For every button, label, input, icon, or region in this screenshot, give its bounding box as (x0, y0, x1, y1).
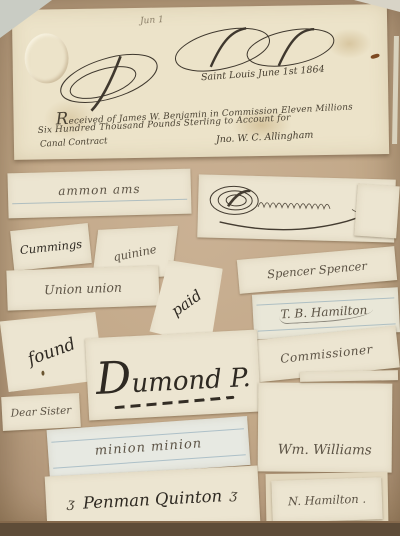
specimen-slip-dumond: Dumond P. (85, 330, 261, 421)
specimen-slip-n-hamilton: N. Hamilton . (271, 477, 382, 523)
specimen-slip-williams: Wm. Williams (258, 382, 393, 472)
specimen-text: found (25, 334, 78, 370)
specimen-slip-spencer: Spencer Spencer (237, 246, 397, 294)
receipt-specimen: Jun 1 Saint Louis June 1st 1864 Received… (12, 4, 389, 160)
ruled-line (53, 454, 246, 468)
specimen-text: Spencer Spencer (267, 259, 368, 282)
specimen-text: N. Hamilton . (288, 492, 366, 509)
specimen-slip-dear-sister: Dear Sister (1, 393, 81, 431)
specimen-text: paid (167, 286, 204, 320)
specimen-text: minion minion (94, 436, 202, 458)
ruled-line (12, 199, 187, 205)
pencil-annotation: Jun 1 (140, 15, 164, 27)
right-flourish: ʒ (229, 487, 238, 503)
specimen-text: Commissioner (280, 342, 374, 366)
specimen-text: Dear Sister (10, 404, 71, 419)
receipt-signature: Jno. W. C. Allingham (216, 130, 314, 146)
blank-slip (300, 370, 398, 382)
specimen-text: Penman Quinton (82, 486, 222, 512)
album-page-photo: Jun 1 Saint Louis June 1st 1864 Received… (0, 0, 400, 536)
left-flourish: ʒ (67, 496, 76, 512)
specimen-text: Union union (44, 279, 122, 297)
blank-slip (354, 184, 400, 239)
rust-speck (370, 53, 380, 59)
specimen-slip-ammon-ams: ammon ams (7, 169, 191, 219)
receipt-body-line3: Canal Contract (40, 136, 108, 149)
speck (41, 371, 44, 376)
specimen-text: Cummings (19, 237, 82, 257)
specimen-slip-union: Union union (6, 265, 159, 310)
specimen-text: Wm. Williams (278, 441, 372, 458)
album-bottom-edge (0, 521, 400, 536)
specimen-slip-cummings: Cummings (10, 223, 92, 271)
specimen-text: ammon ams (58, 181, 141, 197)
page-edge-sliver (392, 36, 399, 144)
specimen-text: T. B. Hamilton (278, 303, 374, 325)
specimen-text: quinine (112, 242, 158, 264)
